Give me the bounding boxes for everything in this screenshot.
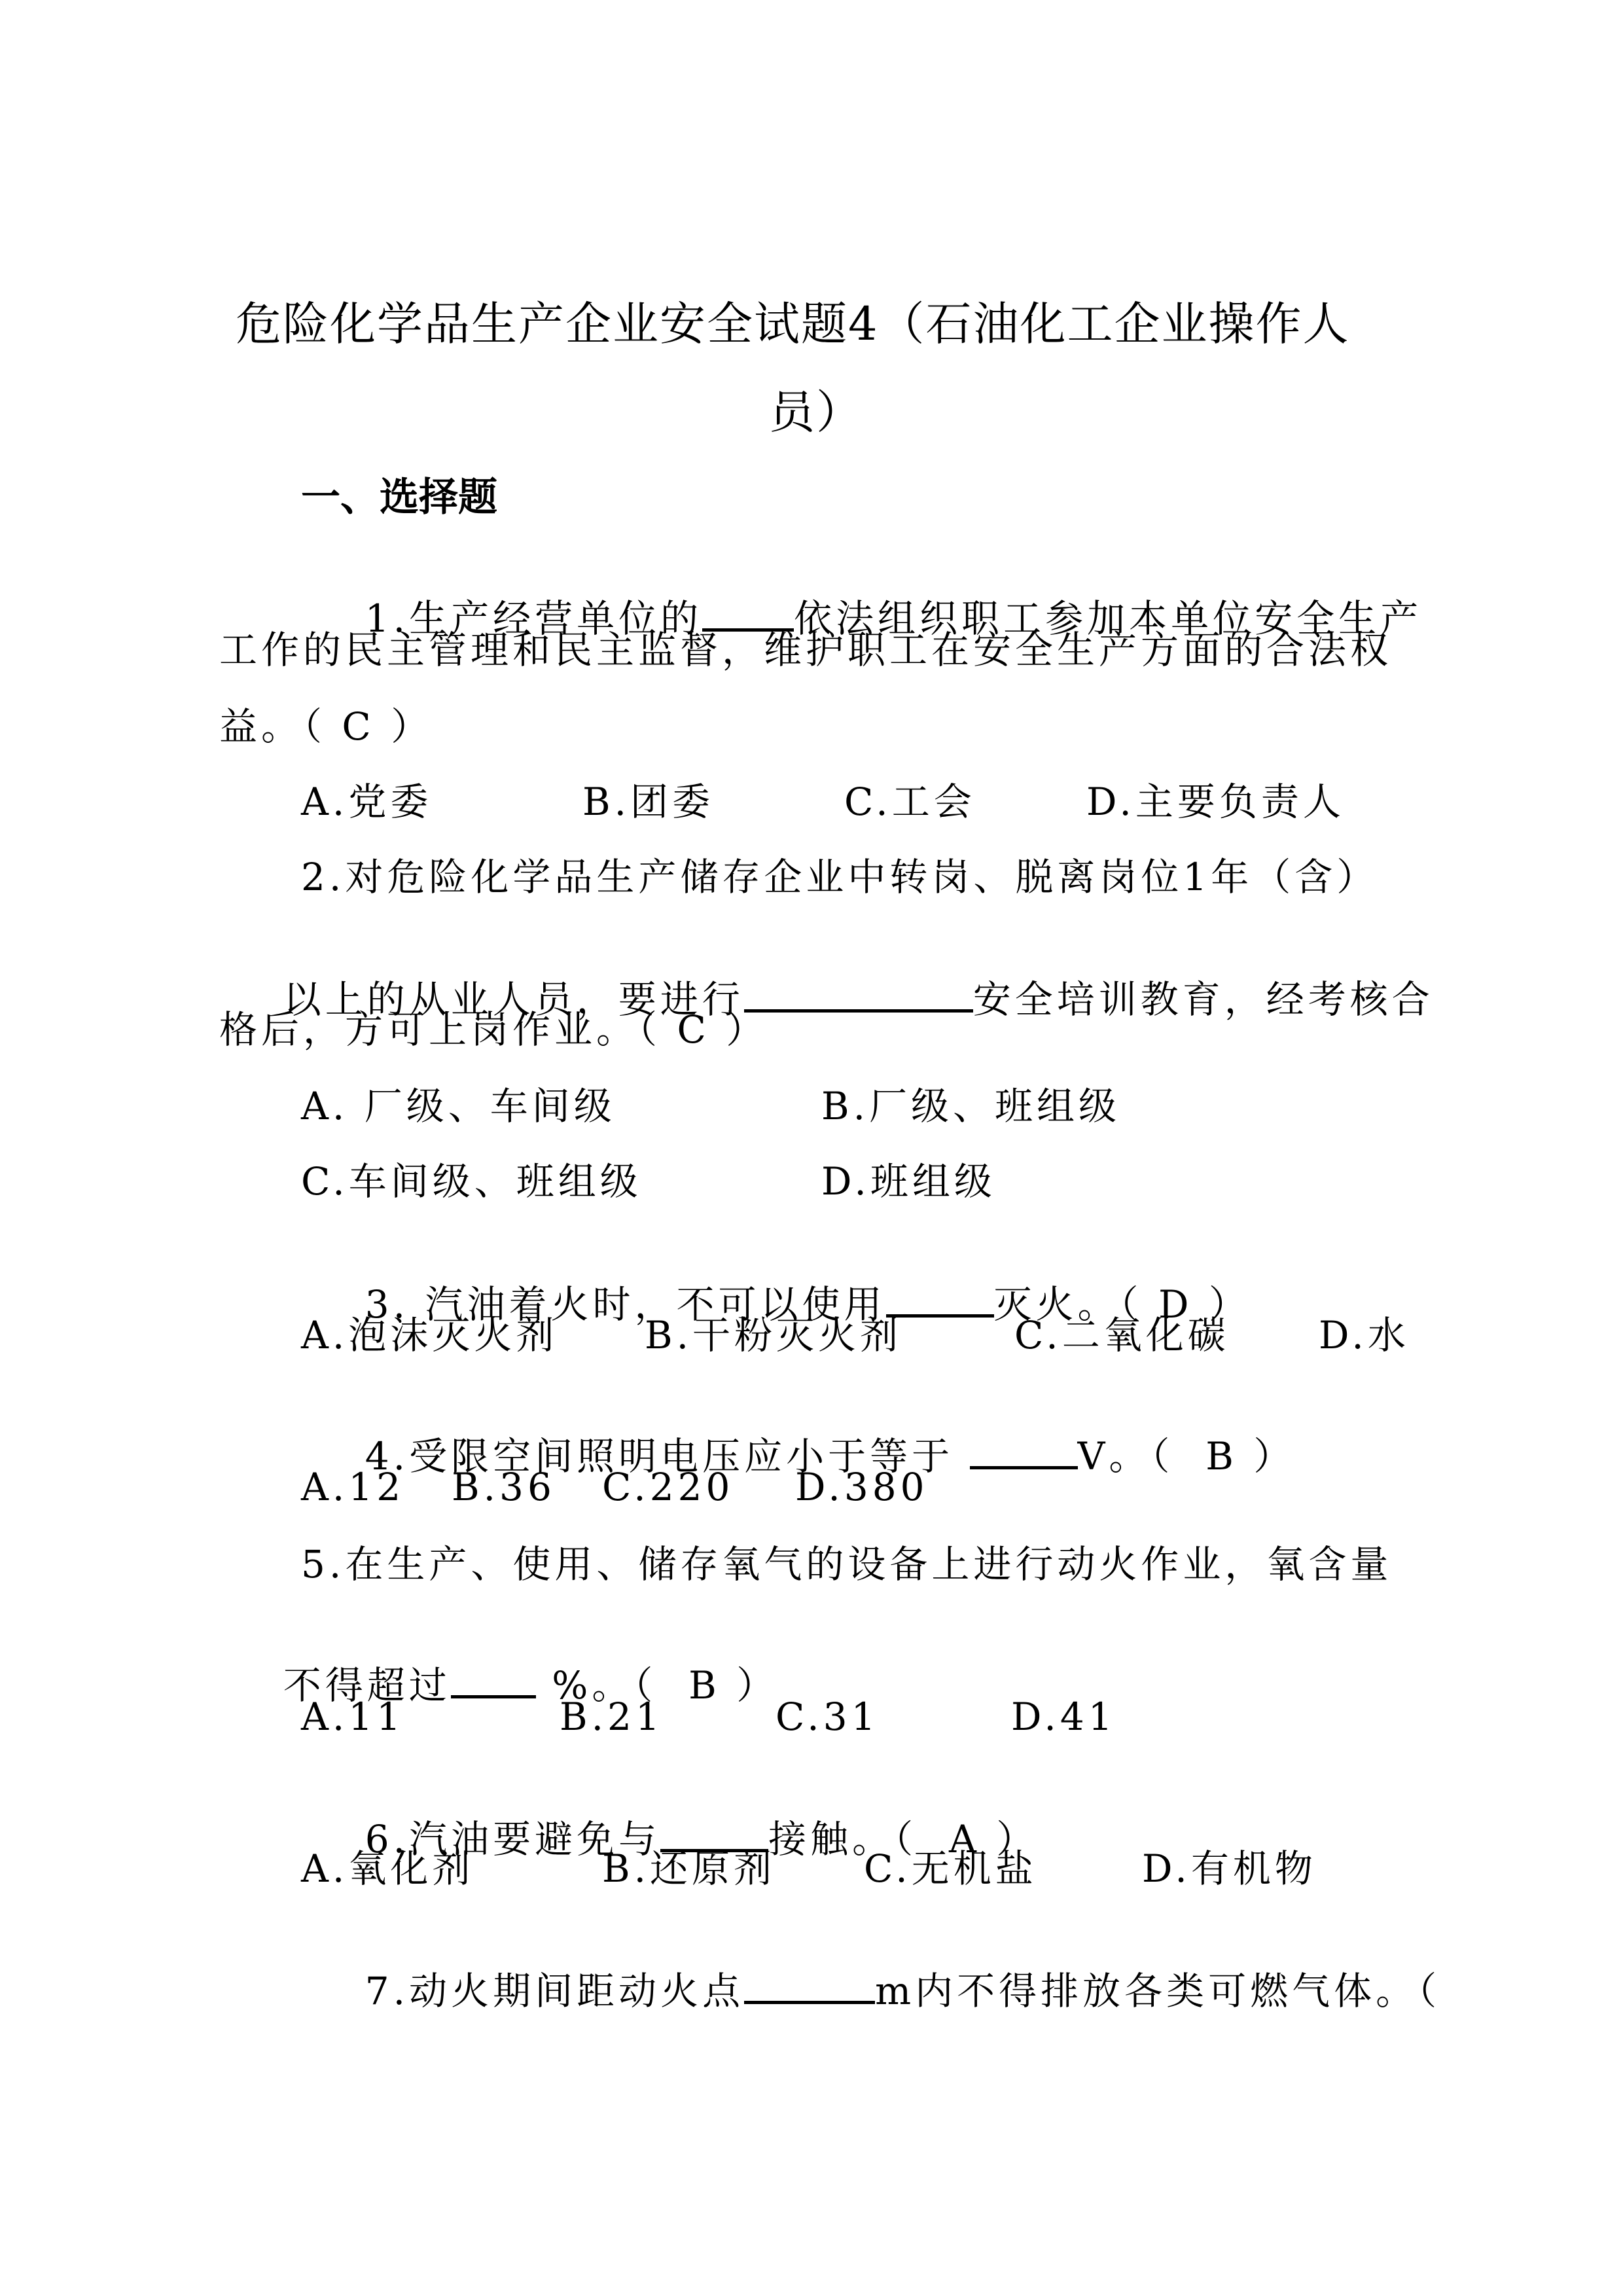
- question-1-line-3: 益。（ C ）: [219, 704, 433, 749]
- question-5-option-b: B.21: [560, 1694, 664, 1740]
- answer-blank: [744, 977, 973, 1013]
- question-5-option-a: A.11: [301, 1694, 404, 1740]
- question-6-option-a: A.氧化剂: [301, 1846, 474, 1892]
- question-2-option-d: D.班组级: [821, 1158, 996, 1204]
- answer-blank: [702, 596, 794, 632]
- question-text: V。（ B ）: [1078, 1434, 1296, 1479]
- question-5-line-1: 5.在生产、使用、储存氧气的设备上进行动火作业，氧含量: [301, 1541, 1392, 1587]
- question-6-option-d: D.有机物: [1142, 1846, 1317, 1892]
- question-6-option-c: C.无机盐: [864, 1846, 1037, 1892]
- section-heading: 一、选择题: [301, 475, 497, 520]
- question-2-option-c: C.车间级、班组级: [301, 1158, 642, 1204]
- document-title-line-2: 员）: [769, 386, 863, 439]
- question-2-line-1: 2.对危险化学品生产储存企业中转岗、脱离岗位1年（含）: [301, 854, 1378, 900]
- question-4-option-c: C.220: [602, 1464, 734, 1510]
- question-5-option-d: D.41: [1011, 1694, 1116, 1740]
- question-3-option-b: B.干粉灭火剂: [645, 1312, 902, 1358]
- question-1-line-2: 工作的民主管理和民主监督，维护职工在安全生产方面的合法权: [219, 627, 1392, 673]
- question-text: 安全培训教育，经考核合: [973, 977, 1434, 1022]
- question-4-option-b: B.36: [452, 1464, 556, 1510]
- question-3-option-c: C.二氧化碳: [1014, 1312, 1230, 1358]
- question-1-option-c: C.工会: [844, 779, 976, 825]
- question-2-line-3: 格后，方可上岗作业。（ C ）: [219, 1007, 768, 1052]
- question-text: m内不得排放各类可燃气体。（: [875, 1969, 1440, 2013]
- answer-blank: [886, 1282, 994, 1318]
- question-1-option-a: A.党委: [301, 779, 432, 825]
- question-5-option-c: C.31: [776, 1694, 880, 1740]
- question-3-option-d: D.水: [1319, 1312, 1410, 1358]
- question-2-option-a: A. 厂级、车间级: [301, 1083, 616, 1129]
- question-4-option-d: D.380: [795, 1464, 929, 1510]
- question-text: 7.动火期间距动火点: [365, 1969, 744, 2013]
- question-6-option-b: B.还原剂: [602, 1846, 776, 1892]
- question-3-option-a: A.泡沫灭火剂: [301, 1312, 558, 1358]
- question-7-line-1: 7.动火期间距动火点m内不得排放各类可燃气体。（: [301, 1922, 1440, 2060]
- answer-blank: [970, 1433, 1078, 1469]
- answer-blank: [744, 1968, 875, 2004]
- question-4-option-a: A.12: [301, 1464, 404, 1510]
- answer-blank: [451, 1662, 536, 1698]
- question-1-option-d: D.主要负责人: [1086, 779, 1345, 825]
- document-title-line-1: 危险化学品生产企业安全试题4（石油化工企业操作人: [236, 298, 1350, 350]
- question-2-option-b: B.厂级、班组级: [821, 1083, 1120, 1129]
- question-1-option-b: B.团委: [582, 779, 714, 825]
